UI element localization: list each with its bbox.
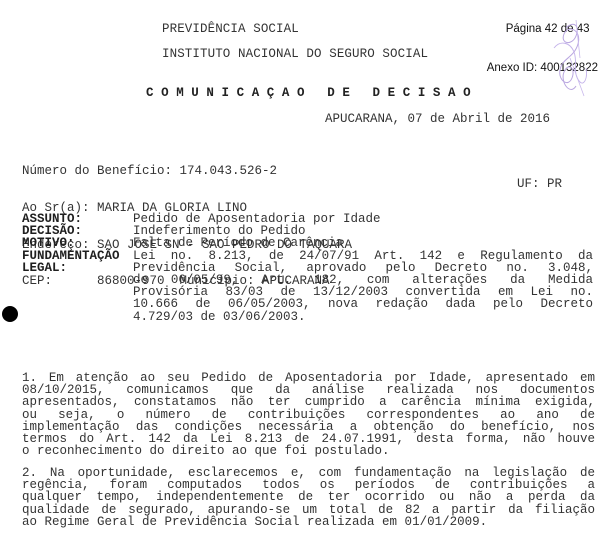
field-value: 10.666 de 06/05/2003, nova redação dada …: [133, 298, 593, 310]
field-label: [22, 274, 133, 286]
field-label: MOTIVO:: [22, 237, 133, 249]
paragraph-line: apresentados, constatamos não ter cumpri…: [22, 396, 595, 408]
place-date: APUCARANA, 07 de Abril de 2016: [325, 113, 550, 125]
field-value: Lei no. 8.213, de 24/07/91 Art. 142 e Re…: [133, 250, 593, 262]
header-line-2: INSTITUTO NACIONAL DO SEGURO SOCIAL: [162, 47, 428, 61]
field-label: FUNDAMENTAÇÃO: [22, 250, 133, 262]
header-line-1: PREVIDÊNCIA SOCIAL: [162, 22, 299, 36]
paragraph-line: ou seja, o número de contribuições corre…: [22, 409, 595, 421]
signature-icon: [546, 18, 594, 98]
field-label: [22, 298, 133, 310]
field-row: FUNDAMENTAÇÃOLei no. 8.213, de 24/07/91 …: [22, 250, 593, 262]
decision-fields: ASSUNTO:Pedido de Aposentadoria por Idad…: [22, 213, 593, 323]
field-row: 10.666 de 06/05/2003, nova redação dada …: [22, 298, 593, 310]
field-value: 4.729/03 de 03/06/2003.: [133, 311, 593, 323]
paragraph-line: ao Regime Geral de Previdência Social re…: [22, 516, 595, 528]
paragraph-line: o reconhecimento do direito ao que foi p…: [22, 445, 595, 457]
paragraph-line: qualidade de segurado, apurando-se um to…: [22, 504, 595, 516]
field-row: MOTIVO:Falta de Período de Carência: [22, 237, 593, 249]
field-label: [22, 286, 133, 298]
document-title: COMUNICAÇAO DE DECISAO: [146, 86, 478, 100]
paragraph-1: 1. Em atenção ao seu Pedido de Aposentad…: [22, 372, 595, 457]
recipient-uf: UF: PR: [517, 178, 562, 190]
benefit-number: Número do Benefício: 174.043.526-2: [22, 165, 352, 177]
field-value: Falta de Período de Carência: [133, 237, 593, 249]
field-row: 4.729/03 de 03/06/2003.: [22, 311, 593, 323]
field-label: [22, 311, 133, 323]
field-row: ASSUNTO:Pedido de Aposentadoria por Idad…: [22, 213, 593, 225]
paragraph-line: qualquer tempo, independentemente de ter…: [22, 491, 595, 503]
punch-hole-mark: [2, 306, 18, 322]
field-label: LEGAL:: [22, 262, 133, 274]
paragraph-2: 2. Na oportunidade, esclarecemos e, com …: [22, 467, 595, 528]
